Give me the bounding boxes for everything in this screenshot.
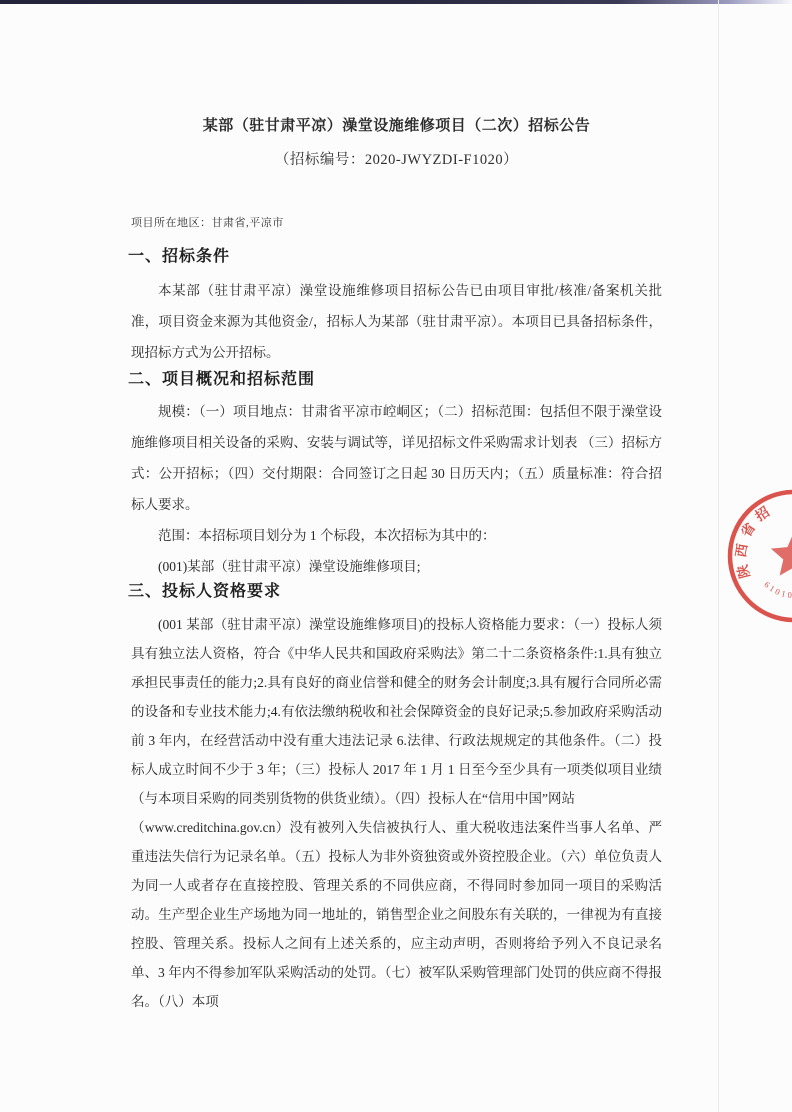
svg-text:陕西省招: 陕西省招 [732, 500, 777, 580]
section-2-heading: 二、项目概况和招标范围 [128, 366, 315, 389]
document-content: 某部（驻甘肃平凉）澡堂设施维修项目（二次）招标公告 （招标编号：2020-JWY… [131, 0, 662, 1112]
svg-text:610103: 610103 [762, 579, 792, 600]
seal-arc-text: 陕西省招 [732, 500, 777, 580]
section-2-body: 规模：（一）项目地点：甘肃省平凉市崆峒区；（二）招标范围：包括但不限于澡堂设施维… [131, 396, 662, 582]
red-seal-stamp-icon: 陕西省招 610103 [718, 486, 792, 636]
section-2-paragraph-scale: 规模：（一）项目地点：甘肃省平凉市崆峒区；（二）招标范围：包括但不限于澡堂设施维… [131, 396, 662, 520]
section-2-paragraph-scope: 范围：本招标项目划分为 1 个标段，本次招标为其中的： [131, 520, 662, 551]
section-3-body: (001 某部（驻甘肃平凉）澡堂设施维修项目)的投标人资格能力要求：（一）投标人… [131, 610, 662, 1016]
section-1-paragraph: 本某部（驻甘肃平凉）澡堂设施维修项目招标公告已由项目审批/核准/备案机关批准，项… [131, 275, 662, 368]
section-3-heading: 三、投标人资格要求 [128, 578, 281, 601]
section-1-body: 本某部（驻甘肃平凉）澡堂设施维修项目招标公告已由项目审批/核准/备案机关批准，项… [131, 275, 662, 368]
seal-star-icon [771, 532, 792, 576]
document-title: 某部（驻甘肃平凉）澡堂设施维修项目（二次）招标公告 [131, 114, 662, 135]
section-3-paragraph-1: (001 某部（驻甘肃平凉）澡堂设施维修项目)的投标人资格能力要求：（一）投标人… [131, 610, 662, 813]
seal-serial-number: 610103 [762, 579, 792, 600]
project-region-line: 项目所在地区：甘肃省,平凉市 [131, 214, 284, 230]
tender-number-subtitle: （招标编号：2020-JWYZDI-F1020） [131, 148, 662, 169]
scanned-document-page: 某部（驻甘肃平凉）澡堂设施维修项目（二次）招标公告 （招标编号：2020-JWY… [0, 0, 792, 1112]
section-3-paragraph-2: （www.creditchina.gov.cn）没有被列入失信被执行人、重大税收… [131, 813, 662, 1016]
section-1-heading: 一、招标条件 [128, 243, 230, 266]
